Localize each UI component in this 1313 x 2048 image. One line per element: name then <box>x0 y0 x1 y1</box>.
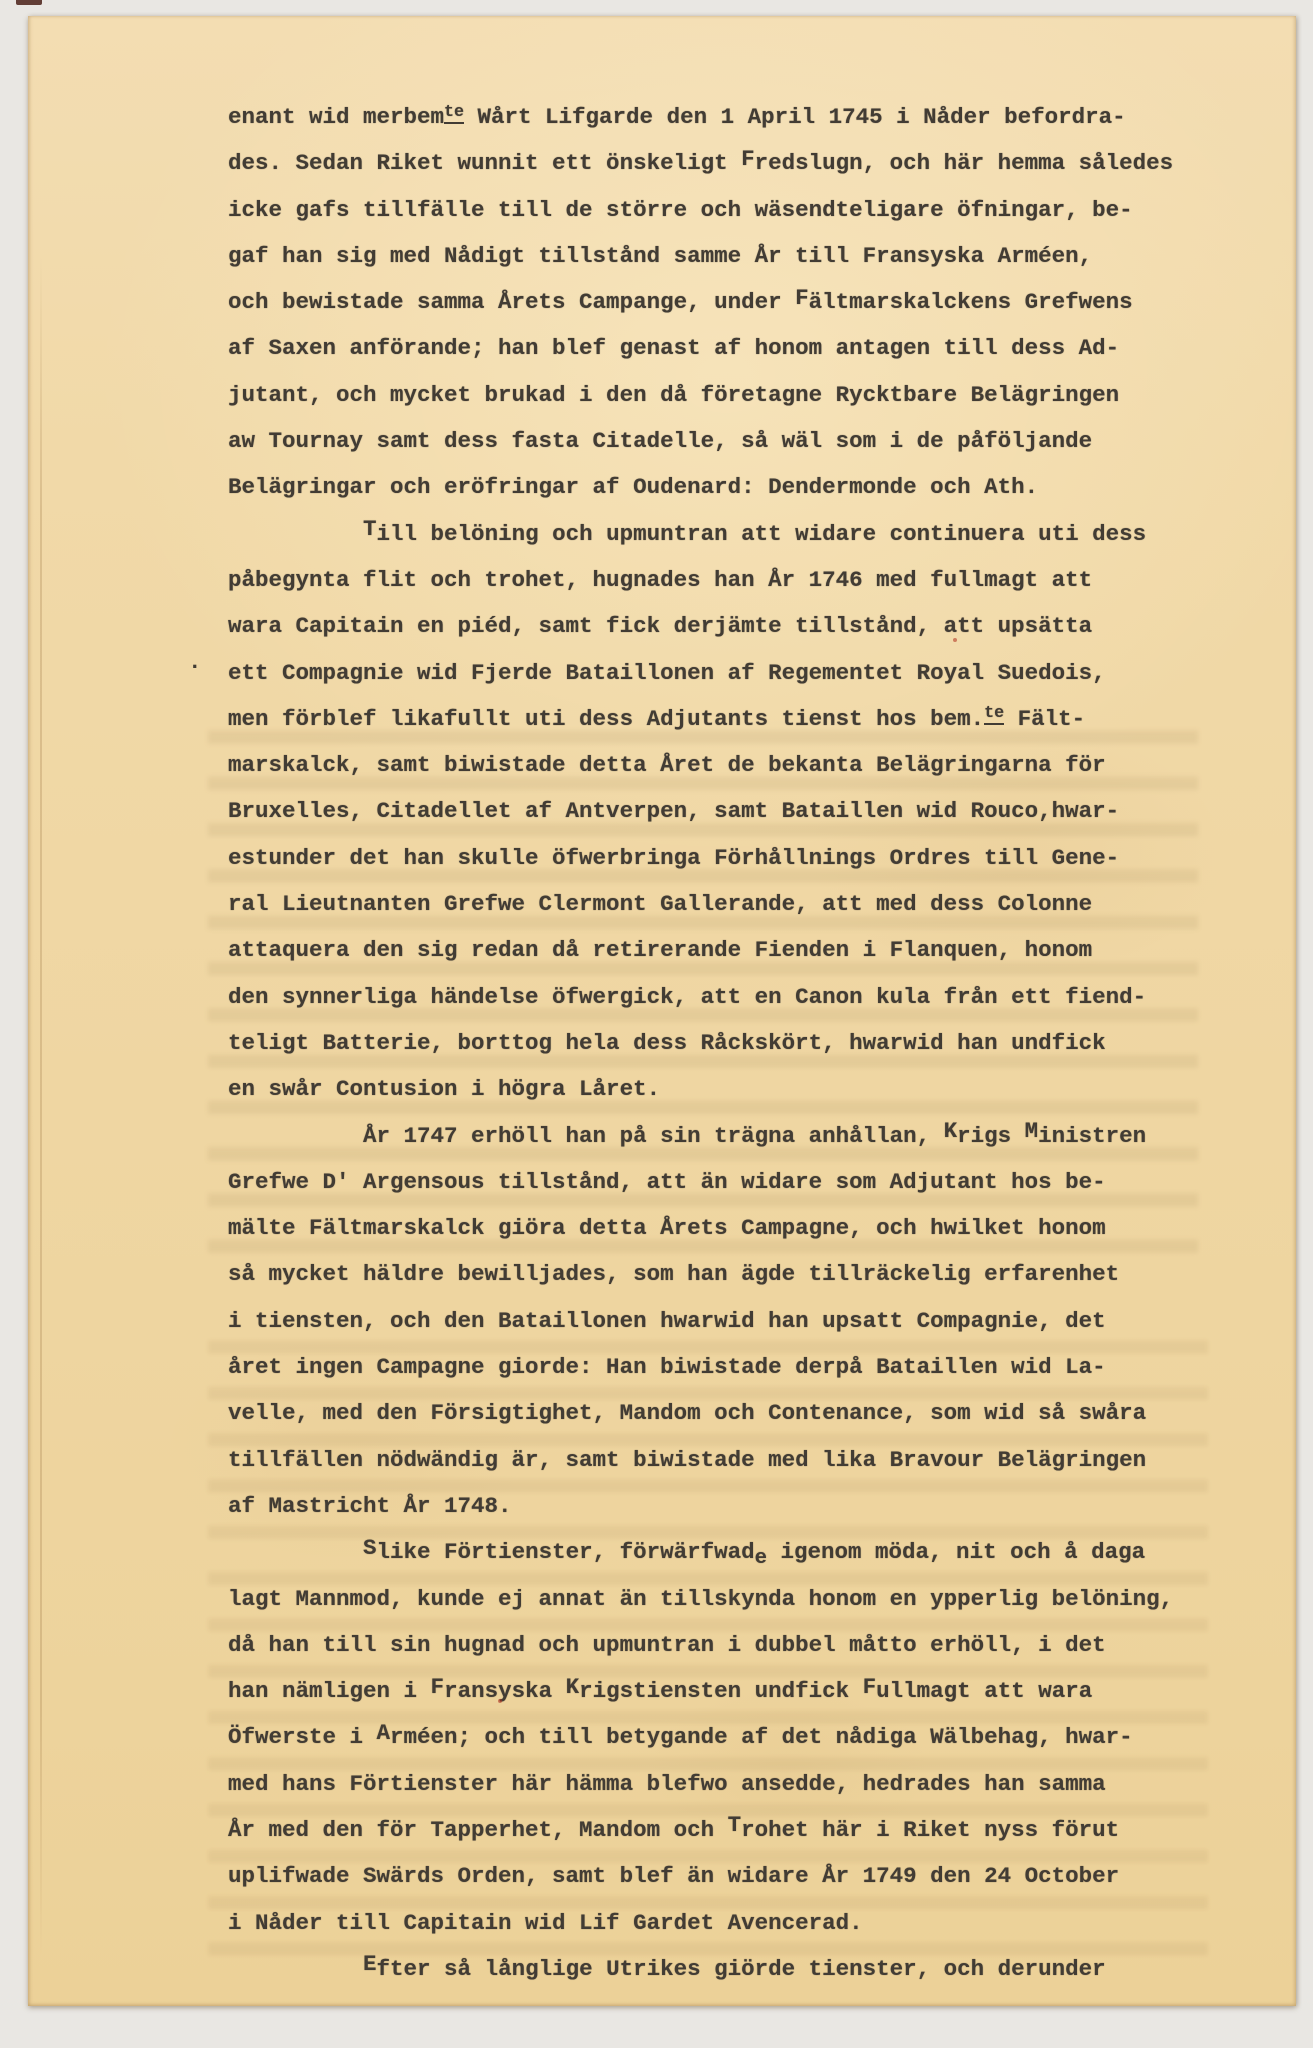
text-line: jutant, och mycket brukad i den då föret… <box>228 372 1256 418</box>
text-line: men förblef likafullt uti dess Adjutants… <box>228 696 1256 742</box>
text-line: År 1747 erhöll han på sin trägna anhålla… <box>228 1113 1256 1159</box>
text-line: ral Lieutnanten Grefwe Clermont Galleran… <box>228 881 1256 927</box>
text-line: År med den för Tapperhet, Mandom och Tro… <box>228 1807 1256 1853</box>
text-line: enant wid merbemte Wårt Lifgarde den 1 A… <box>228 94 1256 140</box>
text-line: des. Sedan Riket wunnit ett önskeligt Fr… <box>228 140 1256 186</box>
ink-speck <box>953 638 957 642</box>
binding-edge-mark <box>16 0 42 5</box>
text-line: så mycket häldre bewilljades, som han äg… <box>228 1251 1256 1297</box>
text-line: icke gafs tillfälle till de större och w… <box>228 187 1256 233</box>
text-line: en swår Contusion i högra Låret. <box>228 1066 1256 1112</box>
text-line: teligt Batterie, borttog hela dess Råcks… <box>228 1020 1256 1066</box>
text-line: wara Capitain en piéd, samt fick derjämt… <box>228 603 1256 649</box>
text-line: året ingen Campagne giorde: Han biwistad… <box>228 1344 1256 1390</box>
text-line: i Nåder till Capitain wid Lif Gardet Ave… <box>228 1900 1256 1946</box>
text-line: Efter så långlige Utrikes giörde tienste… <box>228 1946 1256 1992</box>
text-line: Grefwe D' Argensous tillstånd, att än wi… <box>228 1159 1256 1205</box>
text-line: af Mastricht År 1748. <box>228 1483 1256 1529</box>
text-line: gaf han sig med Nådigt tillstånd samme Å… <box>228 233 1256 279</box>
marginal-dot: . <box>188 649 202 675</box>
text-line: estunder det han skulle öfwerbringa Förh… <box>228 835 1256 881</box>
text-line: och bewistade samma Årets Campange, unde… <box>228 279 1256 325</box>
text-line: i tiensten, och den Bataillonen hwarwid … <box>228 1298 1256 1344</box>
typewritten-text: enant wid merbemte Wårt Lifgarde den 1 A… <box>228 94 1256 1992</box>
text-line: då han till sin hugnad och upmuntran i d… <box>228 1622 1256 1668</box>
scan-background: { "colors": { "paper": "#f0d8a6", "ink":… <box>0 0 1313 2048</box>
text-line: marskalck, samt biwistade detta Året de … <box>228 742 1256 788</box>
underlying-sheet-edge <box>40 256 42 1956</box>
text-line: Belägringar och eröfringar af Oudenard: … <box>228 464 1256 510</box>
text-line: lagt Mannmod, kunde ej annat än tillskyn… <box>228 1576 1256 1622</box>
text-line: velle, med den Försigtighet, Mandom och … <box>228 1390 1256 1436</box>
text-line: Bruxelles, Citadellet af Antverpen, samt… <box>228 788 1256 834</box>
text-line: af Saxen anförande; han blef genast af h… <box>228 325 1256 371</box>
text-line: med hans Förtienster här hämma blefwo an… <box>228 1761 1256 1807</box>
text-line: han nämligen i Fransyska Krigstiensten u… <box>228 1668 1256 1714</box>
text-line: mälte Fältmarskalck giöra detta Årets Ca… <box>228 1205 1256 1251</box>
document-page: . enant wid merbemte Wårt Lifgarde den 1… <box>28 16 1296 2006</box>
text-line: Slike Förtienster, förwärfwade igenom mö… <box>228 1529 1256 1575</box>
text-line: den synnerliga händelse öfwergick, att e… <box>228 974 1256 1020</box>
text-line: attaquera den sig redan då retirerande F… <box>228 927 1256 973</box>
ink-speck <box>498 1699 502 1703</box>
text-line: tillfällen nödwändig är, samt biwistade … <box>228 1437 1256 1483</box>
text-line: ett Compagnie wid Fjerde Bataillonen af … <box>228 650 1256 696</box>
text-line: Öfwerste i Arméen; och till betygande af… <box>228 1714 1256 1760</box>
text-line: påbegynta flit och trohet, hugnades han … <box>228 557 1256 603</box>
text-line: Till belöning och upmuntran att widare c… <box>228 511 1256 557</box>
text-line: uplifwade Swärds Orden, samt blef än wid… <box>228 1853 1256 1899</box>
text-line: aw Tournay samt dess fasta Citadelle, så… <box>228 418 1256 464</box>
